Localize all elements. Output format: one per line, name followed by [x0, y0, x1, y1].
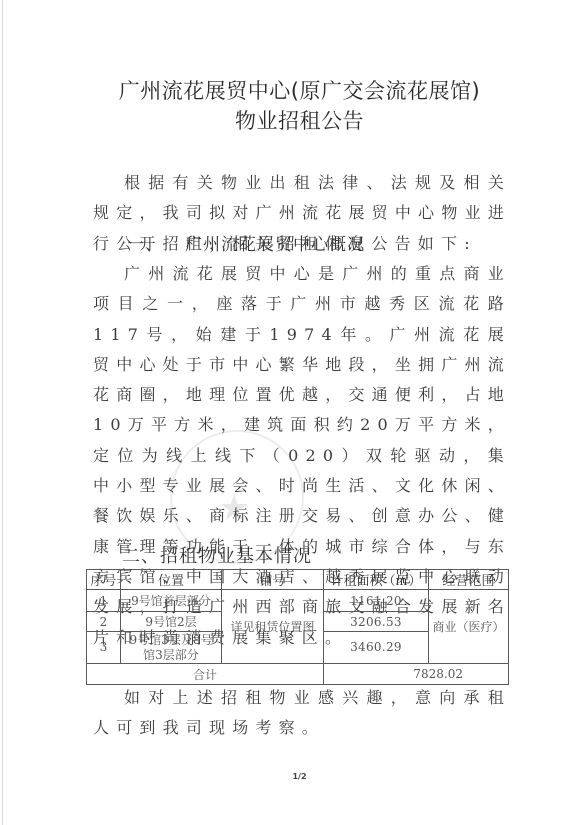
row-area: 1161.20 — [324, 590, 429, 612]
header-location: 位置 — [121, 570, 222, 590]
page-number: 1/2 — [0, 772, 583, 781]
closing-paragraph: 如对上述招租物业感兴趣，意向承租人可到我司现场考察。 — [93, 683, 511, 744]
section1-heading: 一、广州流花展贸中心概况 — [127, 230, 365, 255]
row-no: 2 — [87, 612, 121, 632]
row-location: 9号馆2层 — [121, 612, 222, 632]
total-label: 合计 — [87, 664, 324, 685]
section1-title: 广州流花展贸中心概况 — [185, 235, 365, 255]
section2-heading: 二、招租物业基本情况 — [122, 542, 312, 568]
row-location: 9号馆首层部分 — [121, 590, 222, 612]
header-scope: 经营范围 — [429, 570, 509, 590]
document-title-line1: 广州流花展贸中心(原广交会流花展馆) — [8, 78, 583, 104]
total-area: 7828.02 — [324, 664, 509, 685]
row-no: 1 — [87, 590, 121, 612]
table-total-row: 合计 7828.02 — [87, 664, 509, 685]
header-no: 序号 — [87, 570, 121, 590]
shop-no-cell: 详见租赁位置图 — [222, 590, 324, 664]
document-title-line2: 物业招租公告 — [8, 108, 583, 134]
section1-number: 一、 — [127, 235, 163, 255]
row-area: 3460.29 — [324, 632, 429, 664]
table-header-row: 序号 位置 铺号 计租面积（㎡） 经营范围 — [87, 570, 509, 590]
row-no: 3 — [87, 632, 121, 664]
header-area: 计租面积（㎡） — [324, 570, 429, 590]
business-scope-cell: 商业（医疗） — [429, 590, 509, 664]
table-row: 1 9号馆首层部分 详见租赁位置图 1161.20 商业（医疗） — [87, 590, 509, 612]
row-location: 9号馆3层及8号馆3层部分 — [121, 632, 222, 664]
header-shop-no: 铺号 — [222, 570, 324, 590]
lease-table: 序号 位置 铺号 计租面积（㎡） 经营范围 1 9号馆首层部分 详见租赁位置图 … — [86, 569, 509, 685]
row-area: 3206.53 — [324, 612, 429, 632]
page-edge — [2, 0, 3, 825]
